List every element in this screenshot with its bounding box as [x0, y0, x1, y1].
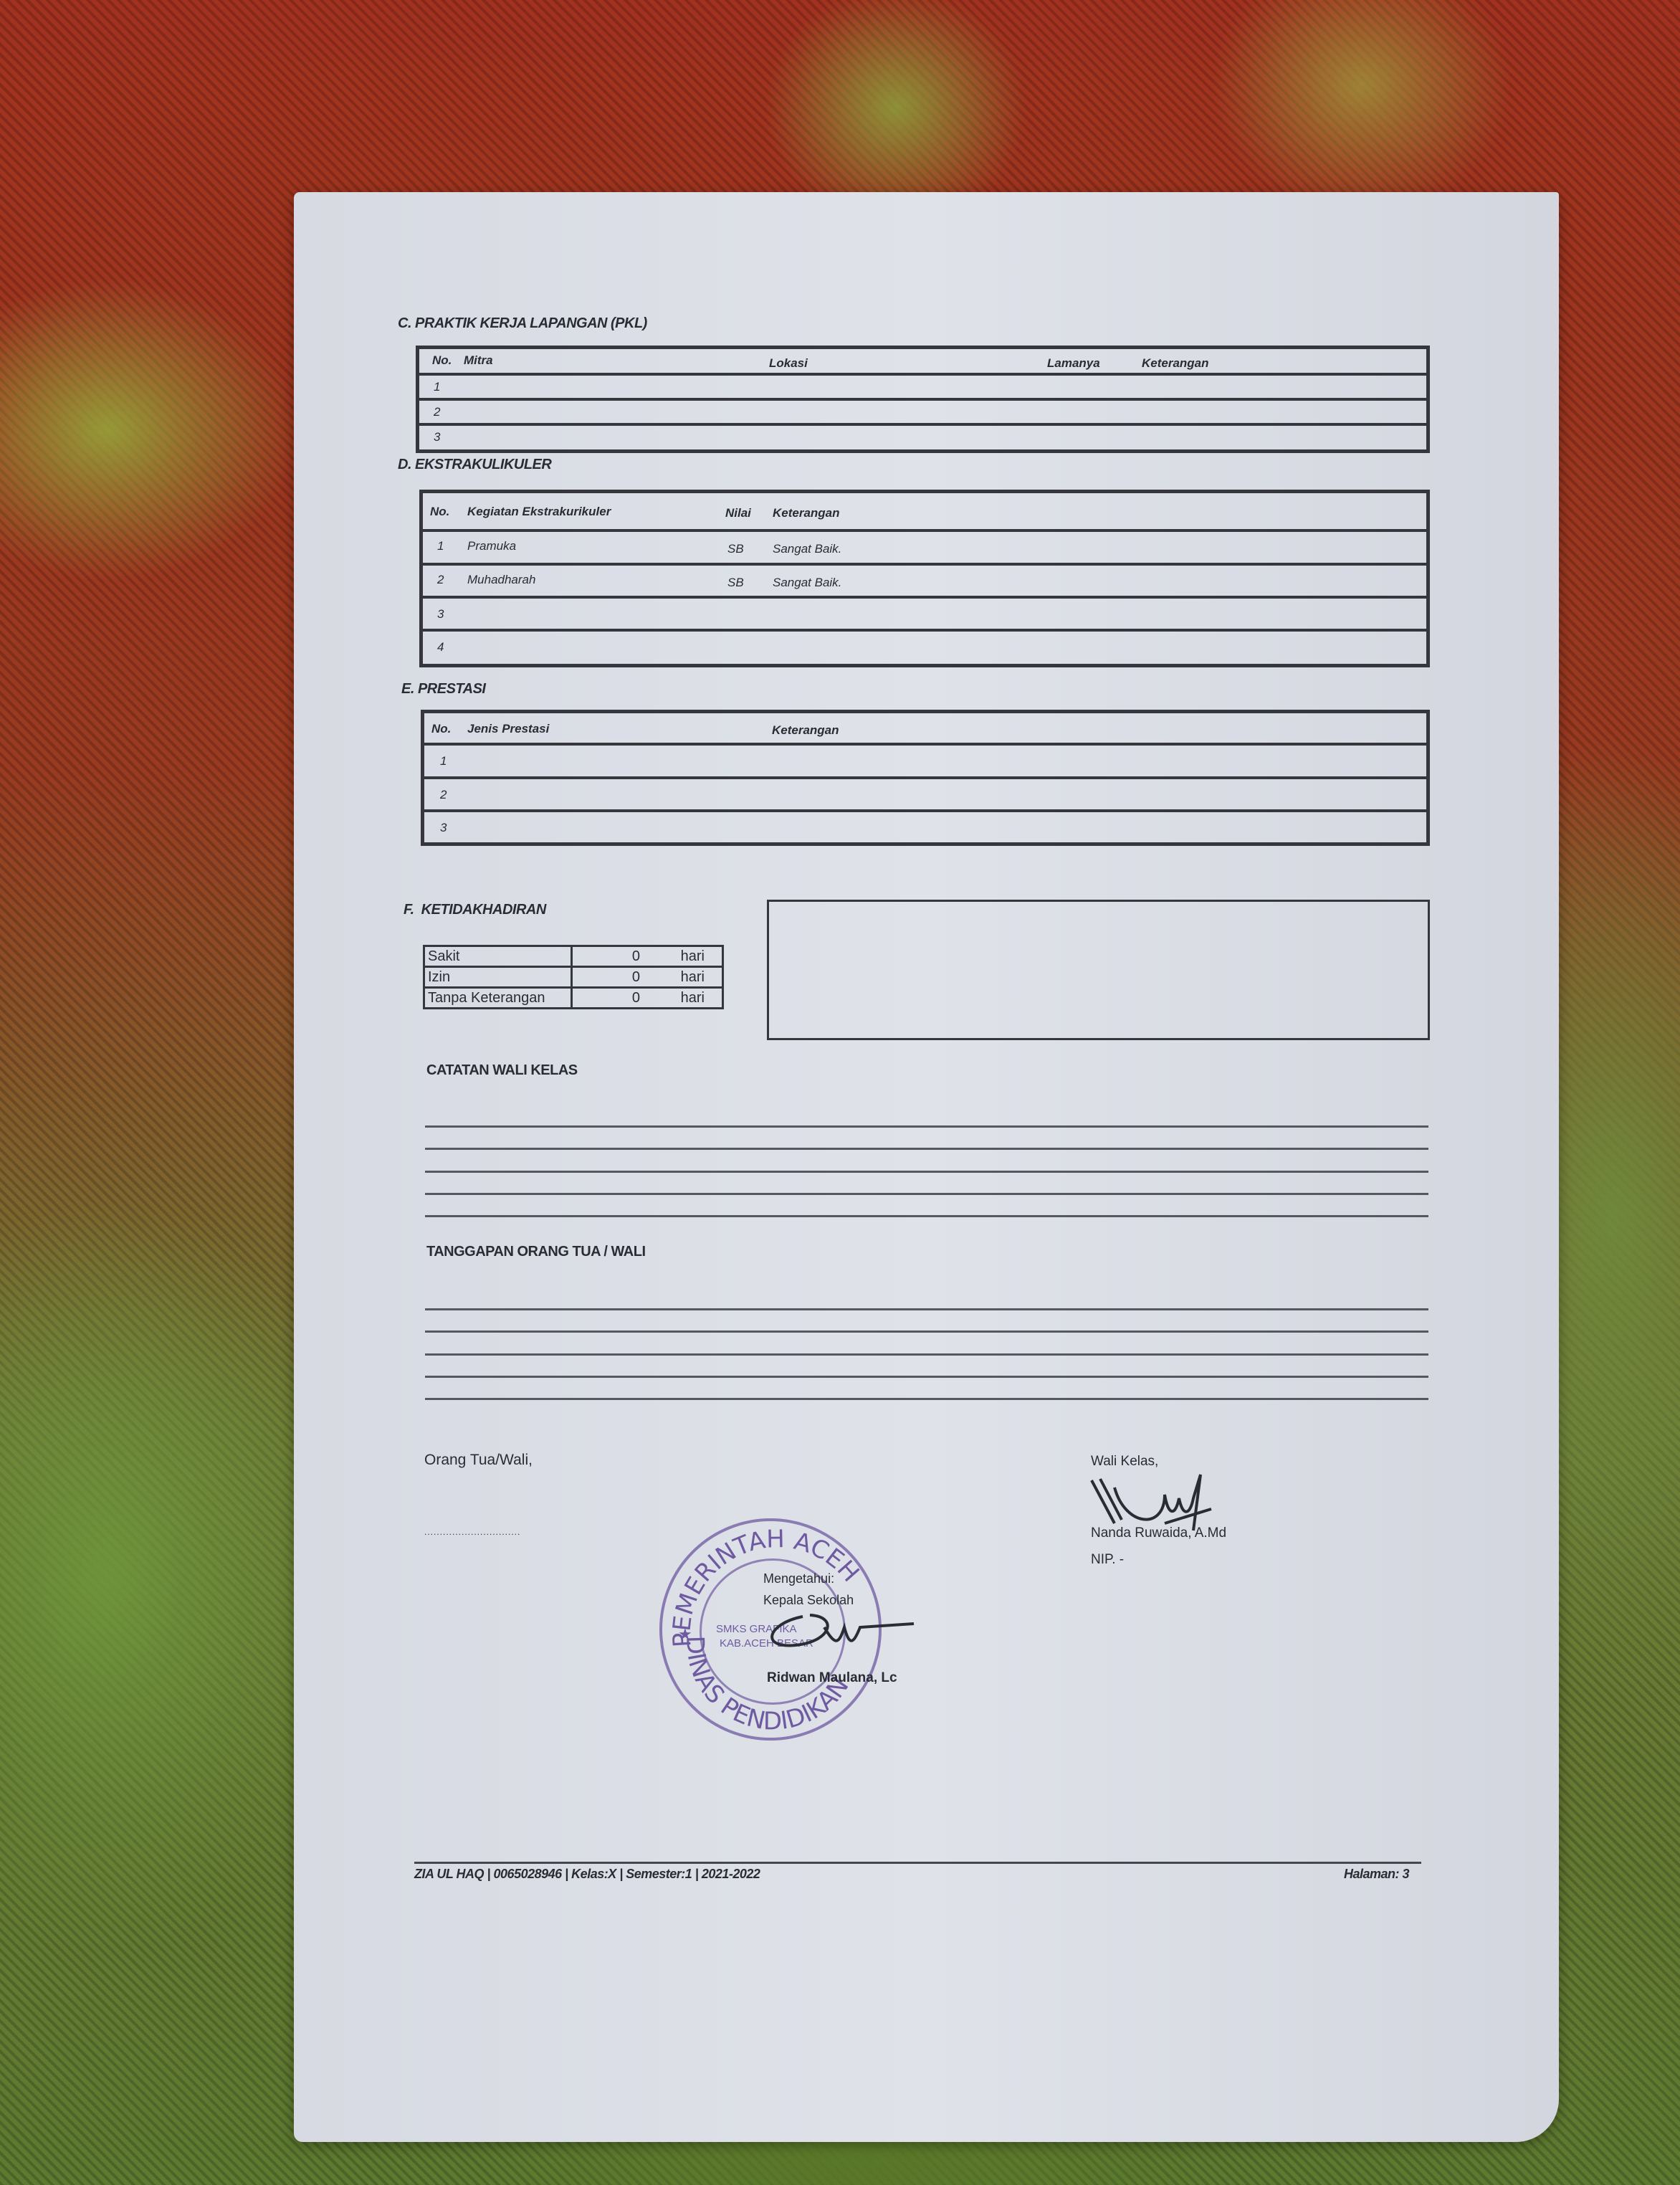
header-jenis: Jenis Prestasi: [467, 722, 549, 736]
absence-value-cell: 0hari: [572, 946, 723, 967]
extracurricular-table: No. Kegiatan Ekstrakurikuler Nilai Keter…: [419, 490, 1430, 667]
absence-value-cell: 0hari: [572, 988, 723, 1009]
row-no: 2: [437, 573, 444, 587]
section-c-title: C. PRAKTIK KERJA LAPANGAN (PKL): [398, 315, 647, 332]
header-keterangan: Keterangan: [773, 506, 840, 520]
header-no: No.: [431, 722, 451, 736]
parent-signature-blank: ...............................: [424, 1527, 520, 1537]
table-row: 4: [423, 632, 1426, 664]
absence-unit: hari: [640, 969, 705, 986]
table-row: 1 Pramuka SB Sangat Baik.: [423, 532, 1426, 566]
homeroom-notes-title: CATATAN WALI KELAS: [426, 1062, 578, 1079]
table-row: 3: [424, 812, 1426, 842]
row-no: 1: [434, 380, 440, 394]
parent-response-title: TANGGAPAN ORANG TUA / WALI: [426, 1244, 646, 1260]
row-nilai: SB: [727, 576, 744, 590]
section-e-title: E. PRESTASI: [401, 681, 486, 698]
pkl-table: No. Mitra Lokasi Lamanya Keterangan 1 2 …: [416, 346, 1430, 453]
absence-label: Sakit: [424, 946, 572, 967]
row-no: 3: [440, 821, 447, 835]
absence-label: Tanpa Keterangan: [424, 988, 572, 1009]
row-no: 1: [437, 539, 444, 553]
absence-unit: hari: [640, 990, 705, 1006]
row-no: 3: [437, 607, 444, 622]
absence-row-tanpa-keterangan: Tanpa Keterangan 0hari: [424, 988, 723, 1009]
table-header: No. Kegiatan Ekstrakurikuler Nilai Keter…: [423, 493, 1426, 532]
header-lamanya: Lamanya: [1047, 356, 1100, 371]
empty-notes-box: [767, 900, 1430, 1040]
parent-signature-label: Orang Tua/Wali,: [424, 1452, 533, 1469]
section-d-title: D. EKSTRAKULIKULER: [398, 457, 551, 473]
table-row: 1: [419, 376, 1426, 401]
notes-line: [425, 1215, 1428, 1217]
absence-label: Izin: [424, 967, 572, 988]
header-keterangan: Keterangan: [772, 723, 839, 738]
section-f-title: F. KETIDAKHADIRAN: [404, 902, 546, 918]
notes-line: [425, 1148, 1428, 1150]
table-row: 2: [419, 401, 1426, 426]
row-no: 1: [440, 754, 447, 768]
svg-text:★: ★: [678, 1625, 692, 1643]
response-line: [425, 1330, 1428, 1333]
homeroom-signature-icon: [1086, 1466, 1215, 1534]
footer-student-info: ZIA UL HAQ | 0065028946 | Kelas:X | Seme…: [414, 1867, 760, 1882]
footer-rule: [414, 1862, 1421, 1864]
absence-row-sakit: Sakit 0hari: [424, 946, 723, 967]
table-row: 3: [419, 426, 1426, 449]
table-row: 3: [423, 599, 1426, 632]
homeroom-name: Nanda Ruwaida, A.Md: [1091, 1525, 1226, 1541]
absence-table: Sakit 0hari Izin 0hari Tanpa Keterangan …: [423, 945, 724, 1009]
absence-row-izin: Izin 0hari: [424, 967, 723, 988]
response-line: [425, 1353, 1428, 1356]
footer-page-number: Halaman: 3: [1344, 1867, 1409, 1882]
row-kegiatan: Pramuka: [467, 539, 516, 553]
header-lokasi: Lokasi: [769, 356, 808, 371]
response-line: [425, 1376, 1428, 1378]
header-no: No.: [430, 505, 449, 519]
row-kegiatan: Muhadharah: [467, 573, 535, 587]
principal-name: Ridwan Maulana, Lc: [767, 1670, 897, 1686]
table-row: 2 Muhadharah SB Sangat Baik.: [423, 566, 1426, 599]
response-line: [425, 1398, 1428, 1400]
absence-value: 0: [576, 990, 640, 1006]
row-keterangan: Sangat Baik.: [773, 542, 841, 556]
principal-signature-icon: [753, 1602, 917, 1660]
header-no: No.: [432, 353, 452, 368]
report-page: [294, 192, 1559, 2142]
table-header: No. Jenis Prestasi Keterangan: [424, 713, 1426, 746]
table-row: 1: [424, 746, 1426, 779]
table-row: 2: [424, 779, 1426, 812]
row-nilai: SB: [727, 542, 744, 556]
header-keterangan: Keterangan: [1142, 356, 1209, 371]
absence-value-cell: 0hari: [572, 967, 723, 988]
response-line: [425, 1308, 1428, 1310]
row-no: 2: [440, 788, 447, 802]
row-no: 3: [434, 430, 440, 444]
absence-unit: hari: [640, 948, 705, 965]
notes-line: [425, 1193, 1428, 1195]
absence-value: 0: [576, 969, 640, 986]
header-kegiatan: Kegiatan Ekstrakurikuler: [467, 505, 611, 519]
notes-line: [425, 1125, 1428, 1128]
notes-line: [425, 1171, 1428, 1173]
header-mitra: Mitra: [464, 353, 493, 368]
row-no: 4: [437, 640, 444, 654]
homeroom-nip: NIP. -: [1091, 1552, 1124, 1568]
principal-acknowledge-label: Mengetahui:: [763, 1571, 834, 1586]
absence-value: 0: [576, 948, 640, 965]
achievement-table: No. Jenis Prestasi Keterangan 1 2 3: [421, 710, 1430, 846]
header-nilai: Nilai: [725, 506, 751, 520]
row-no: 2: [434, 405, 440, 419]
row-keterangan: Sangat Baik.: [773, 576, 841, 590]
table-header: No. Mitra Lokasi Lamanya Keterangan: [419, 349, 1426, 376]
